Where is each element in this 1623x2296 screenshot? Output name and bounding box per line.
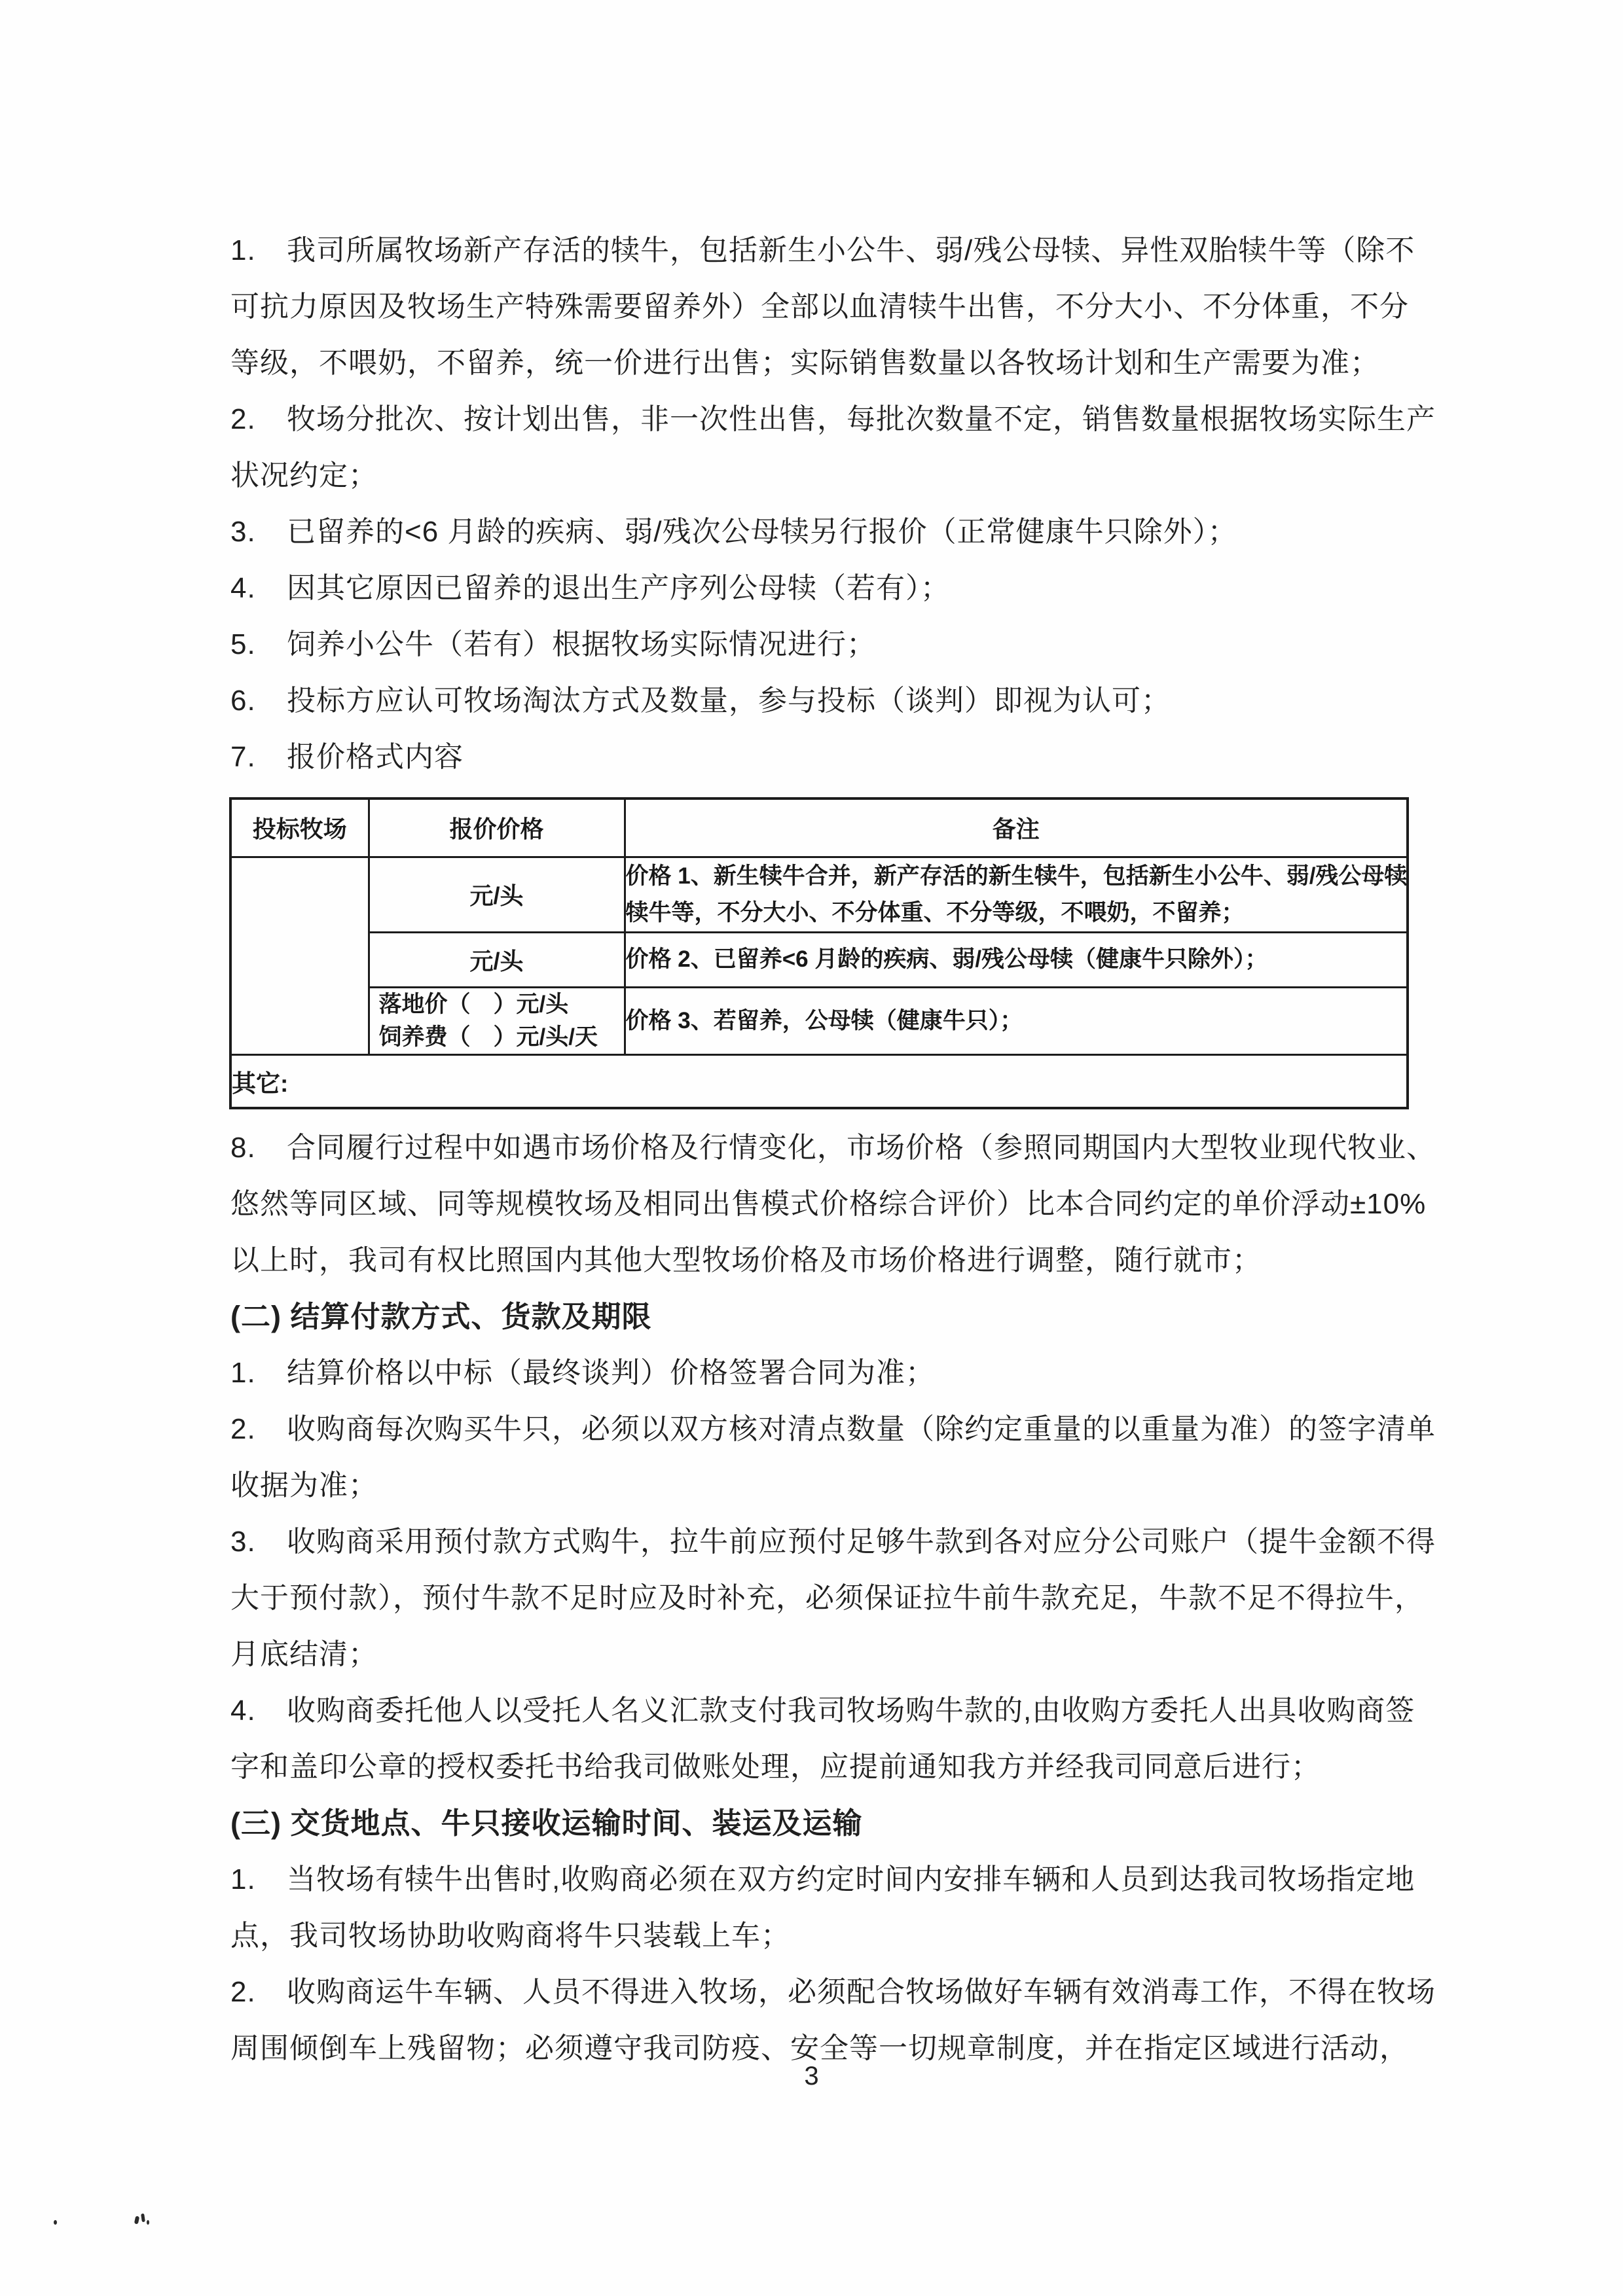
table-row-price1: 元/头 价格 1、新生犊牛合并，新产存活的新生犊牛，包括新生小公牛、弱/残公母犊… — [230, 857, 1408, 932]
item-text: 收购商每次购买牛只，必须以双方核对清点数量（除约定重量的以重量为准）的签字清单 — [287, 1413, 1436, 1445]
ink-speck — [54, 2220, 57, 2225]
ink-speck — [147, 2220, 149, 2225]
table-row-other: 其它: — [230, 1054, 1408, 1108]
item-number: 3. — [230, 504, 287, 560]
item-line: 等级，不喂奶，不留养，统一价进行出售；实际销售数量以各牧场计划和生产需要为准； — [230, 335, 1409, 391]
item-text: 因其它原因已留养的退出生产序列公母犊（若有）； — [287, 572, 950, 604]
section-2-heading: (二) 结算付款方式、货款及期限 — [230, 1289, 1409, 1345]
list-item-5: 5.饲养小公牛（若有）根据牧场实际情况进行； — [230, 617, 1409, 673]
item-text: 收购商委托他人以受托人名义汇款支付我司牧场购牛款的,由收购方委托人出具收购商签 — [287, 1695, 1415, 1727]
other-label-cell: 其它: — [230, 1054, 1408, 1108]
price2-unit-cell: 元/头 — [369, 932, 625, 987]
price1-remark-cell: 价格 1、新生犊牛合并，新产存活的新生犊牛，包括新生小公牛、弱/残公母犊、异性双… — [625, 857, 1408, 932]
item-text: 牧场分批次、按计划出售，非一次性出售，每批次数量不定，销售数量根据牧场实际生产 — [287, 403, 1436, 435]
section2-item-4: 4.收购商委托他人以受托人名义汇款支付我司牧场购牛款的,由收购方委托人出具收购商… — [230, 1683, 1409, 1795]
list-item-4: 4.因其它原因已留养的退出生产序列公母犊（若有）； — [230, 560, 1409, 617]
item-line: 7.报价格式内容 — [230, 729, 1409, 785]
item-line: 8.合同履行过程中如遇市场价格及行情变化，市场价格（参照同期国内大型牧业现代牧业… — [230, 1120, 1409, 1176]
item-text: 合同履行过程中如遇市场价格及行情变化，市场价格（参照同期国内大型牧业现代牧业、 — [287, 1132, 1436, 1164]
item-number: 4. — [230, 560, 287, 617]
item-number: 5. — [230, 617, 287, 673]
list-item-2: 2.牧场分批次、按计划出售，非一次性出售，每批次数量不定，销售数量根据牧场实际生… — [230, 391, 1409, 504]
item-line: 以上时，我司有权比照国内其他大型牧场价格及市场价格进行调整，随行就市； — [230, 1232, 1409, 1289]
section3-item-2: 2.收购商运牛车辆、人员不得进入牧场，必须配合牧场做好车辆有效消毒工作，不得在牧… — [230, 1964, 1409, 2077]
item-number: 2. — [230, 391, 287, 448]
ink-speck — [134, 2216, 139, 2225]
header-remark: 备注 — [625, 798, 1408, 857]
item-text: 饲养小公牛（若有）根据牧场实际情况进行； — [287, 628, 876, 660]
item-line: 4.因其它原因已留养的退出生产序列公母犊（若有）； — [230, 560, 1409, 617]
contract-body: 1.我司所属牧场新产存活的犊牛，包括新生小公牛、弱/残公母犊、异性双胎犊牛等（除… — [230, 223, 1409, 2077]
bidding-farm-blank-cell — [230, 857, 369, 1054]
section-3-heading: (三) 交货地点、牛只接收运输时间、装运及运输 — [230, 1795, 1409, 1852]
item-line: 状况约定； — [230, 448, 1409, 504]
item-line: 悠然等同区域、同等规模牧场及相同出售模式价格综合评价）比本合同约定的单价浮动±1… — [230, 1176, 1409, 1232]
page-number: 3 — [0, 2062, 1623, 2091]
item-text: 当牧场有犊牛出售时,收购商必须在双方约定时间内安排车辆和人员到达我司牧场指定地 — [287, 1863, 1415, 1895]
item-text: 已留养的<6 月龄的疾病、弱/残次公母犊另行报价（正常健康牛只除外）； — [287, 516, 1237, 548]
item-line: 2.收购商每次购买牛只，必须以双方核对清点数量（除约定重量的以重量为准）的签字清… — [230, 1401, 1409, 1458]
item-line: 4.收购商委托他人以受托人名义汇款支付我司牧场购牛款的,由收购方委托人出具收购商… — [230, 1683, 1409, 1739]
item-text: 收购商采用预付款方式购牛，拉牛前应预付足够牛款到各对应分公司账户（提牛金额不得 — [287, 1526, 1436, 1558]
remark-line: 价格 2、已留养<6 月龄的疾病、弱/残公母犊（健康牛只除外）； — [626, 941, 1407, 978]
table-row-price3: 落地价（ ）元/头 饲养费（ ）元/头/天 价格 3、若留养，公母犊（健康牛只）… — [230, 987, 1408, 1054]
item-line: 2.收购商运牛车辆、人员不得进入牧场，必须配合牧场做好车辆有效消毒工作，不得在牧… — [230, 1964, 1409, 2020]
section2-item-3: 3.收购商采用预付款方式购牛，拉牛前应预付足够牛款到各对应分公司账户（提牛金额不… — [230, 1514, 1409, 1683]
price3-unit-cell: 落地价（ ）元/头 饲养费（ ）元/头/天 — [369, 987, 625, 1054]
item-line: 可抗力原因及牧场生产特殊需要留养外）全部以血清犊牛出售，不分大小、不分体重，不分 — [230, 279, 1409, 335]
item-line: 6.投标方应认可牧场淘汰方式及数量，参与投标（谈判）即视为认可； — [230, 673, 1409, 729]
item-number: 1. — [230, 1852, 287, 1908]
item-text: 收购商运牛车辆、人员不得进入牧场，必须配合牧场做好车辆有效消毒工作，不得在牧场 — [287, 1976, 1436, 2008]
list-item-8: 8.合同履行过程中如遇市场价格及行情变化，市场价格（参照同期国内大型牧业现代牧业… — [230, 1120, 1409, 1289]
item-number: 2. — [230, 1401, 287, 1458]
item-line: 3.收购商采用预付款方式购牛，拉牛前应预付足够牛款到各对应分公司账户（提牛金额不… — [230, 1514, 1409, 1570]
remark-line: 价格 3、若留养，公母犊（健康牛只）； — [626, 1003, 1407, 1039]
section3-item-1: 1.当牧场有犊牛出售时,收购商必须在双方约定时间内安排车辆和人员到达我司牧场指定… — [230, 1852, 1409, 1964]
item-number: 7. — [230, 729, 287, 785]
item-line: 收据为准； — [230, 1458, 1409, 1514]
item-text: 报价格式内容 — [287, 741, 464, 773]
price-line: 饲养费（ ）元/头/天 — [370, 1021, 624, 1054]
item-line: 点，我司牧场协助收购商将牛只装载上车； — [230, 1908, 1409, 1964]
item-line: 2.牧场分批次、按计划出售，非一次性出售，每批次数量不定，销售数量根据牧场实际生… — [230, 391, 1409, 448]
item-number: 3. — [230, 1514, 287, 1570]
price-line: 落地价（ ）元/头 — [370, 988, 624, 1021]
remark-line: 价格 1、新生犊牛合并，新产存活的新生犊牛，包括新生小公牛、弱/残公母犊、异性双… — [626, 858, 1407, 895]
ink-speck — [141, 2214, 145, 2223]
pricing-table: 投标牧场 报价价格 备注 元/头 价格 1、新生犊牛合并，新产存活的新生犊牛，包… — [229, 797, 1409, 1109]
header-bidding-farm: 投标牧场 — [230, 798, 369, 857]
document-page: 1.我司所属牧场新产存活的犊牛，包括新生小公牛、弱/残公母犊、异性双胎犊牛等（除… — [0, 0, 1623, 2296]
price2-remark-cell: 价格 2、已留养<6 月龄的疾病、弱/残公母犊（健康牛只除外）； — [625, 932, 1408, 987]
item-text: 投标方应认可牧场淘汰方式及数量，参与投标（谈判）即视为认可； — [287, 685, 1171, 717]
table-header-row: 投标牧场 报价价格 备注 — [230, 798, 1408, 857]
item-line: 月底结清； — [230, 1626, 1409, 1683]
item-line: 字和盖印公章的授权委托书给我司做账处理，应提前通知我方并经我司同意后进行； — [230, 1739, 1409, 1795]
list-item-3: 3.已留养的<6 月龄的疾病、弱/残次公母犊另行报价（正常健康牛只除外）； — [230, 504, 1409, 560]
item-number: 2. — [230, 1964, 287, 2020]
header-quote-price: 报价价格 — [369, 798, 625, 857]
remark-line: 犊牛等，不分大小、不分体重、不分等级，不喂奶，不留养； — [626, 895, 1407, 931]
item-number: 4. — [230, 1683, 287, 1739]
item-number: 6. — [230, 673, 287, 729]
price1-unit-cell: 元/头 — [369, 857, 625, 932]
item-line: 1.当牧场有犊牛出售时,收购商必须在双方约定时间内安排车辆和人员到达我司牧场指定… — [230, 1852, 1409, 1908]
list-item-1: 1.我司所属牧场新产存活的犊牛，包括新生小公牛、弱/残公母犊、异性双胎犊牛等（除… — [230, 223, 1409, 391]
item-text: 我司所属牧场新产存活的犊牛，包括新生小公牛、弱/残公母犊、异性双胎犊牛等（除不 — [287, 234, 1415, 266]
item-number: 1. — [230, 223, 287, 279]
table-row-price2: 元/头 价格 2、已留养<6 月龄的疾病、弱/残公母犊（健康牛只除外）； — [230, 932, 1408, 987]
item-text: 结算价格以中标（最终谈判）价格签署合同为准； — [287, 1357, 935, 1389]
list-item-7: 7.报价格式内容 — [230, 729, 1409, 785]
item-number: 1. — [230, 1345, 287, 1401]
item-line: 1.结算价格以中标（最终谈判）价格签署合同为准； — [230, 1345, 1409, 1401]
section2-item-1: 1.结算价格以中标（最终谈判）价格签署合同为准； — [230, 1345, 1409, 1401]
price3-remark-cell: 价格 3、若留养，公母犊（健康牛只）； — [625, 987, 1408, 1054]
item-line: 5.饲养小公牛（若有）根据牧场实际情况进行； — [230, 617, 1409, 673]
item-line: 大于预付款），预付牛款不足时应及时补充，必须保证拉牛前牛款充足，牛款不足不得拉牛… — [230, 1570, 1409, 1626]
section2-item-2: 2.收购商每次购买牛只，必须以双方核对清点数量（除约定重量的以重量为准）的签字清… — [230, 1401, 1409, 1514]
list-item-6: 6.投标方应认可牧场淘汰方式及数量，参与投标（谈判）即视为认可； — [230, 673, 1409, 729]
item-line: 3.已留养的<6 月龄的疾病、弱/残次公母犊另行报价（正常健康牛只除外）； — [230, 504, 1409, 560]
item-number: 8. — [230, 1120, 287, 1176]
item-line: 1.我司所属牧场新产存活的犊牛，包括新生小公牛、弱/残公母犊、异性双胎犊牛等（除… — [230, 223, 1409, 279]
